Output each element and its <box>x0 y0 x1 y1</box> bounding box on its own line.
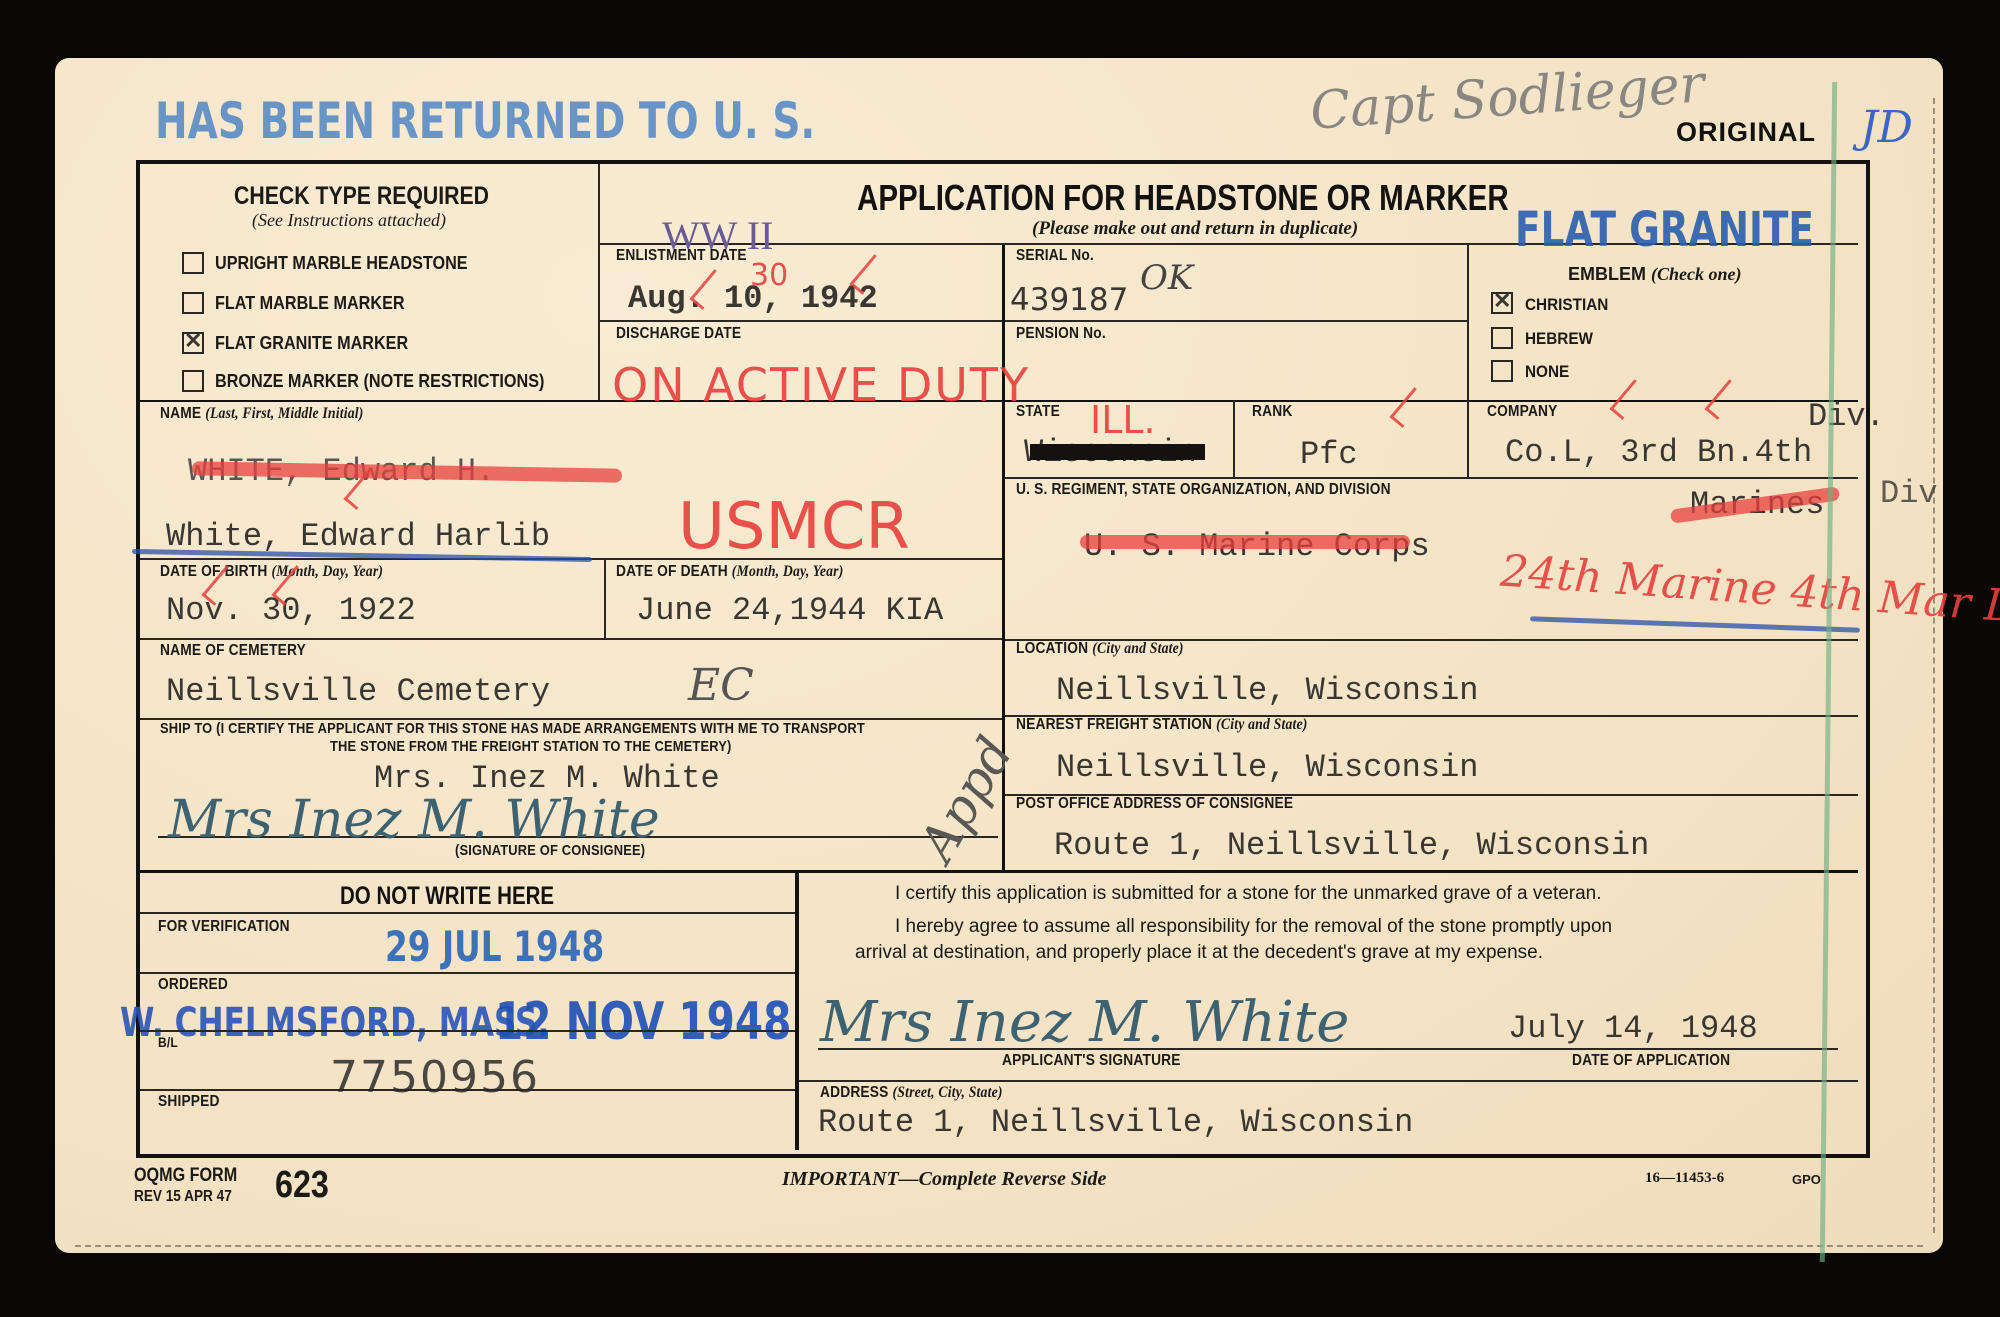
check-type-subheading: (See Instructions attached) <box>252 210 446 231</box>
serial-no-value[interactable]: 439187 <box>1010 282 1128 318</box>
post-office-label: POST OFFICE ADDRESS OF CONSIGNEE <box>1016 795 1293 813</box>
serial-ok-note: OK <box>1140 258 1193 298</box>
state-label: STATE <box>1016 403 1060 421</box>
emblem-heading: EMBLEM (Check one) <box>1568 264 1742 285</box>
pension-no-label: PENSION No. <box>1016 325 1106 343</box>
regiment-overflow: Div <box>1880 475 1938 512</box>
enlist-day-correction: 30 <box>750 258 788 293</box>
checkbox-flat-granite-marker[interactable] <box>182 332 204 354</box>
emblem-christian: CHRISTIAN <box>1525 295 1608 315</box>
emblem-heading-note: (Check one) <box>1651 264 1741 284</box>
verification-label: FOR VERIFICATION <box>158 918 290 936</box>
ordered-date-stamp: 12 NOV 1948 <box>495 992 791 1052</box>
consignee-signature-label: (SIGNATURE OF CONSIGNEE) <box>455 842 645 859</box>
enlistment-date-label: ENLISTMENT DATE <box>616 247 747 265</box>
date-of-application-label: DATE OF APPLICATION <box>1572 1052 1730 1070</box>
option-flat-granite-marker: FLAT GRANITE MARKER <box>215 333 408 354</box>
name-value[interactable]: White, Edward Harlib <box>166 518 550 555</box>
rank-label: RANK <box>1252 403 1292 421</box>
address-label: ADDRESS (Street, City, State) <box>820 1084 1003 1102</box>
cemetery-label: NAME OF CEMETERY <box>160 642 306 660</box>
important-note: IMPORTANT—Complete Reverse Side <box>782 1168 1106 1191</box>
office-use-heading: DO NOT WRITE HERE <box>340 882 554 911</box>
location-value[interactable]: Neillsville, Wisconsin <box>1056 672 1478 709</box>
shipped-label: SHIPPED <box>158 1093 220 1111</box>
option-upright-marble-headstone: UPRIGHT MARBLE HEADSTONE <box>215 253 468 274</box>
checkbox-hebrew[interactable] <box>1491 327 1513 349</box>
emblem-heading-label: EMBLEM <box>1568 264 1646 284</box>
ordered-location-stamp: W. CHELMSFORD, MASS. <box>120 1000 549 1046</box>
discharge-date-label: DISCHARGE DATE <box>616 325 741 343</box>
checkbox-flat-marble-marker[interactable] <box>182 292 204 314</box>
form-subtitle: (Please make out and return in duplicate… <box>1032 218 1358 240</box>
check-type-heading: CHECK TYPE REQUIRED <box>234 182 489 211</box>
state-redaction-mark <box>1030 444 1205 460</box>
certification-line-1: I certify this application is submitted … <box>895 883 1602 905</box>
post-office-value[interactable]: Route 1, Neillsville, Wisconsin <box>1054 827 1649 864</box>
returned-stamp: HAS BEEN RETURNED TO U. S. <box>155 92 815 150</box>
rank-value[interactable]: Pfc <box>1300 436 1358 473</box>
option-flat-marble-marker: FLAT MARBLE MARKER <box>215 293 405 314</box>
company-division: Div. <box>1808 398 1885 435</box>
option-bronze-marker: BRONZE MARKER (NOTE RESTRICTIONS) <box>215 371 544 392</box>
consignee-signature[interactable]: Mrs Inez M. White <box>168 790 660 850</box>
flat-granite-stamp: FLAT GRANITE <box>1515 202 1814 258</box>
location-label: LOCATION (City and State) <box>1016 640 1184 658</box>
printer-code: GPO <box>1792 1172 1821 1187</box>
address-value[interactable]: Route 1, Neillsville, Wisconsin <box>818 1104 1413 1141</box>
date-of-application-value[interactable]: July 14, 1948 <box>1508 1010 1758 1047</box>
checkbox-none[interactable] <box>1491 360 1513 382</box>
form-id-line-1: OQMG FORM <box>134 1165 237 1187</box>
branch-note: USMCR <box>678 490 910 564</box>
original-label: ORIGINAL <box>1676 117 1816 148</box>
checkbox-upright-marble-headstone[interactable] <box>182 252 204 274</box>
serial-no-label: SERIAL No. <box>1016 247 1094 265</box>
print-code: 16—11453-6 <box>1645 1170 1724 1187</box>
certification-line-3: arrival at destination, and properly pla… <box>855 942 1543 964</box>
regiment-label: U. S. REGIMENT, STATE ORGANIZATION, AND … <box>1016 481 1391 499</box>
applicant-signature-label: APPLICANT'S SIGNATURE <box>1002 1052 1181 1070</box>
bl-label: B/L <box>158 1034 178 1050</box>
form-id-line-2: REV 15 APR 47 <box>134 1188 232 1206</box>
perforation-right <box>1933 98 1935 1233</box>
dod-value[interactable]: June 24,1944 KIA <box>636 592 943 629</box>
ship-to-label: SHIP TO (I CERTIFY THE APPLICANT FOR THI… <box>160 720 865 737</box>
form-title: APPLICATION FOR HEADSTONE OR MARKER <box>857 177 1509 219</box>
state-note: ILL. <box>1090 398 1156 442</box>
cemetery-initials: EC <box>688 660 754 711</box>
freight-station-label: NEAREST FREIGHT STATION (City and State) <box>1016 716 1308 734</box>
cemetery-value[interactable]: Neillsville Cemetery <box>166 673 550 710</box>
ordered-label: ORDERED <box>158 976 228 994</box>
verification-date-stamp: 29 JUL 1948 <box>385 922 604 971</box>
company-label: COMPANY <box>1487 403 1558 421</box>
emblem-hebrew: HEBREW <box>1525 329 1593 349</box>
checkbox-bronze-marker[interactable] <box>182 370 204 392</box>
checkbox-christian[interactable] <box>1491 292 1513 314</box>
certification-line-2: I hereby agree to assume all responsibil… <box>895 916 1612 938</box>
form-number: 623 <box>275 1164 329 1207</box>
regiment-strike-mark <box>1080 535 1410 549</box>
perforation-bottom <box>75 1245 1923 1247</box>
ship-to-label-line2: THE STONE FROM THE FREIGHT STATION TO TH… <box>330 738 732 755</box>
dob-label: DATE OF BIRTH (Month, Day, Year) <box>160 563 383 581</box>
name-label: NAME (Last, First, Middle Initial) <box>160 405 363 423</box>
emblem-none: NONE <box>1525 362 1569 382</box>
blue-initials: JD <box>1860 102 1913 153</box>
freight-station-value[interactable]: Neillsville, Wisconsin <box>1056 749 1478 786</box>
company-value[interactable]: Co.L, 3rd Bn.4th <box>1505 434 1812 471</box>
dod-label: DATE OF DEATH (Month, Day, Year) <box>616 563 843 581</box>
applicant-signature[interactable]: Mrs Inez M. White <box>820 990 1349 1055</box>
discharge-note: ON ACTIVE DUTY <box>612 358 1030 412</box>
bl-value[interactable]: 7750956 <box>330 1052 540 1103</box>
